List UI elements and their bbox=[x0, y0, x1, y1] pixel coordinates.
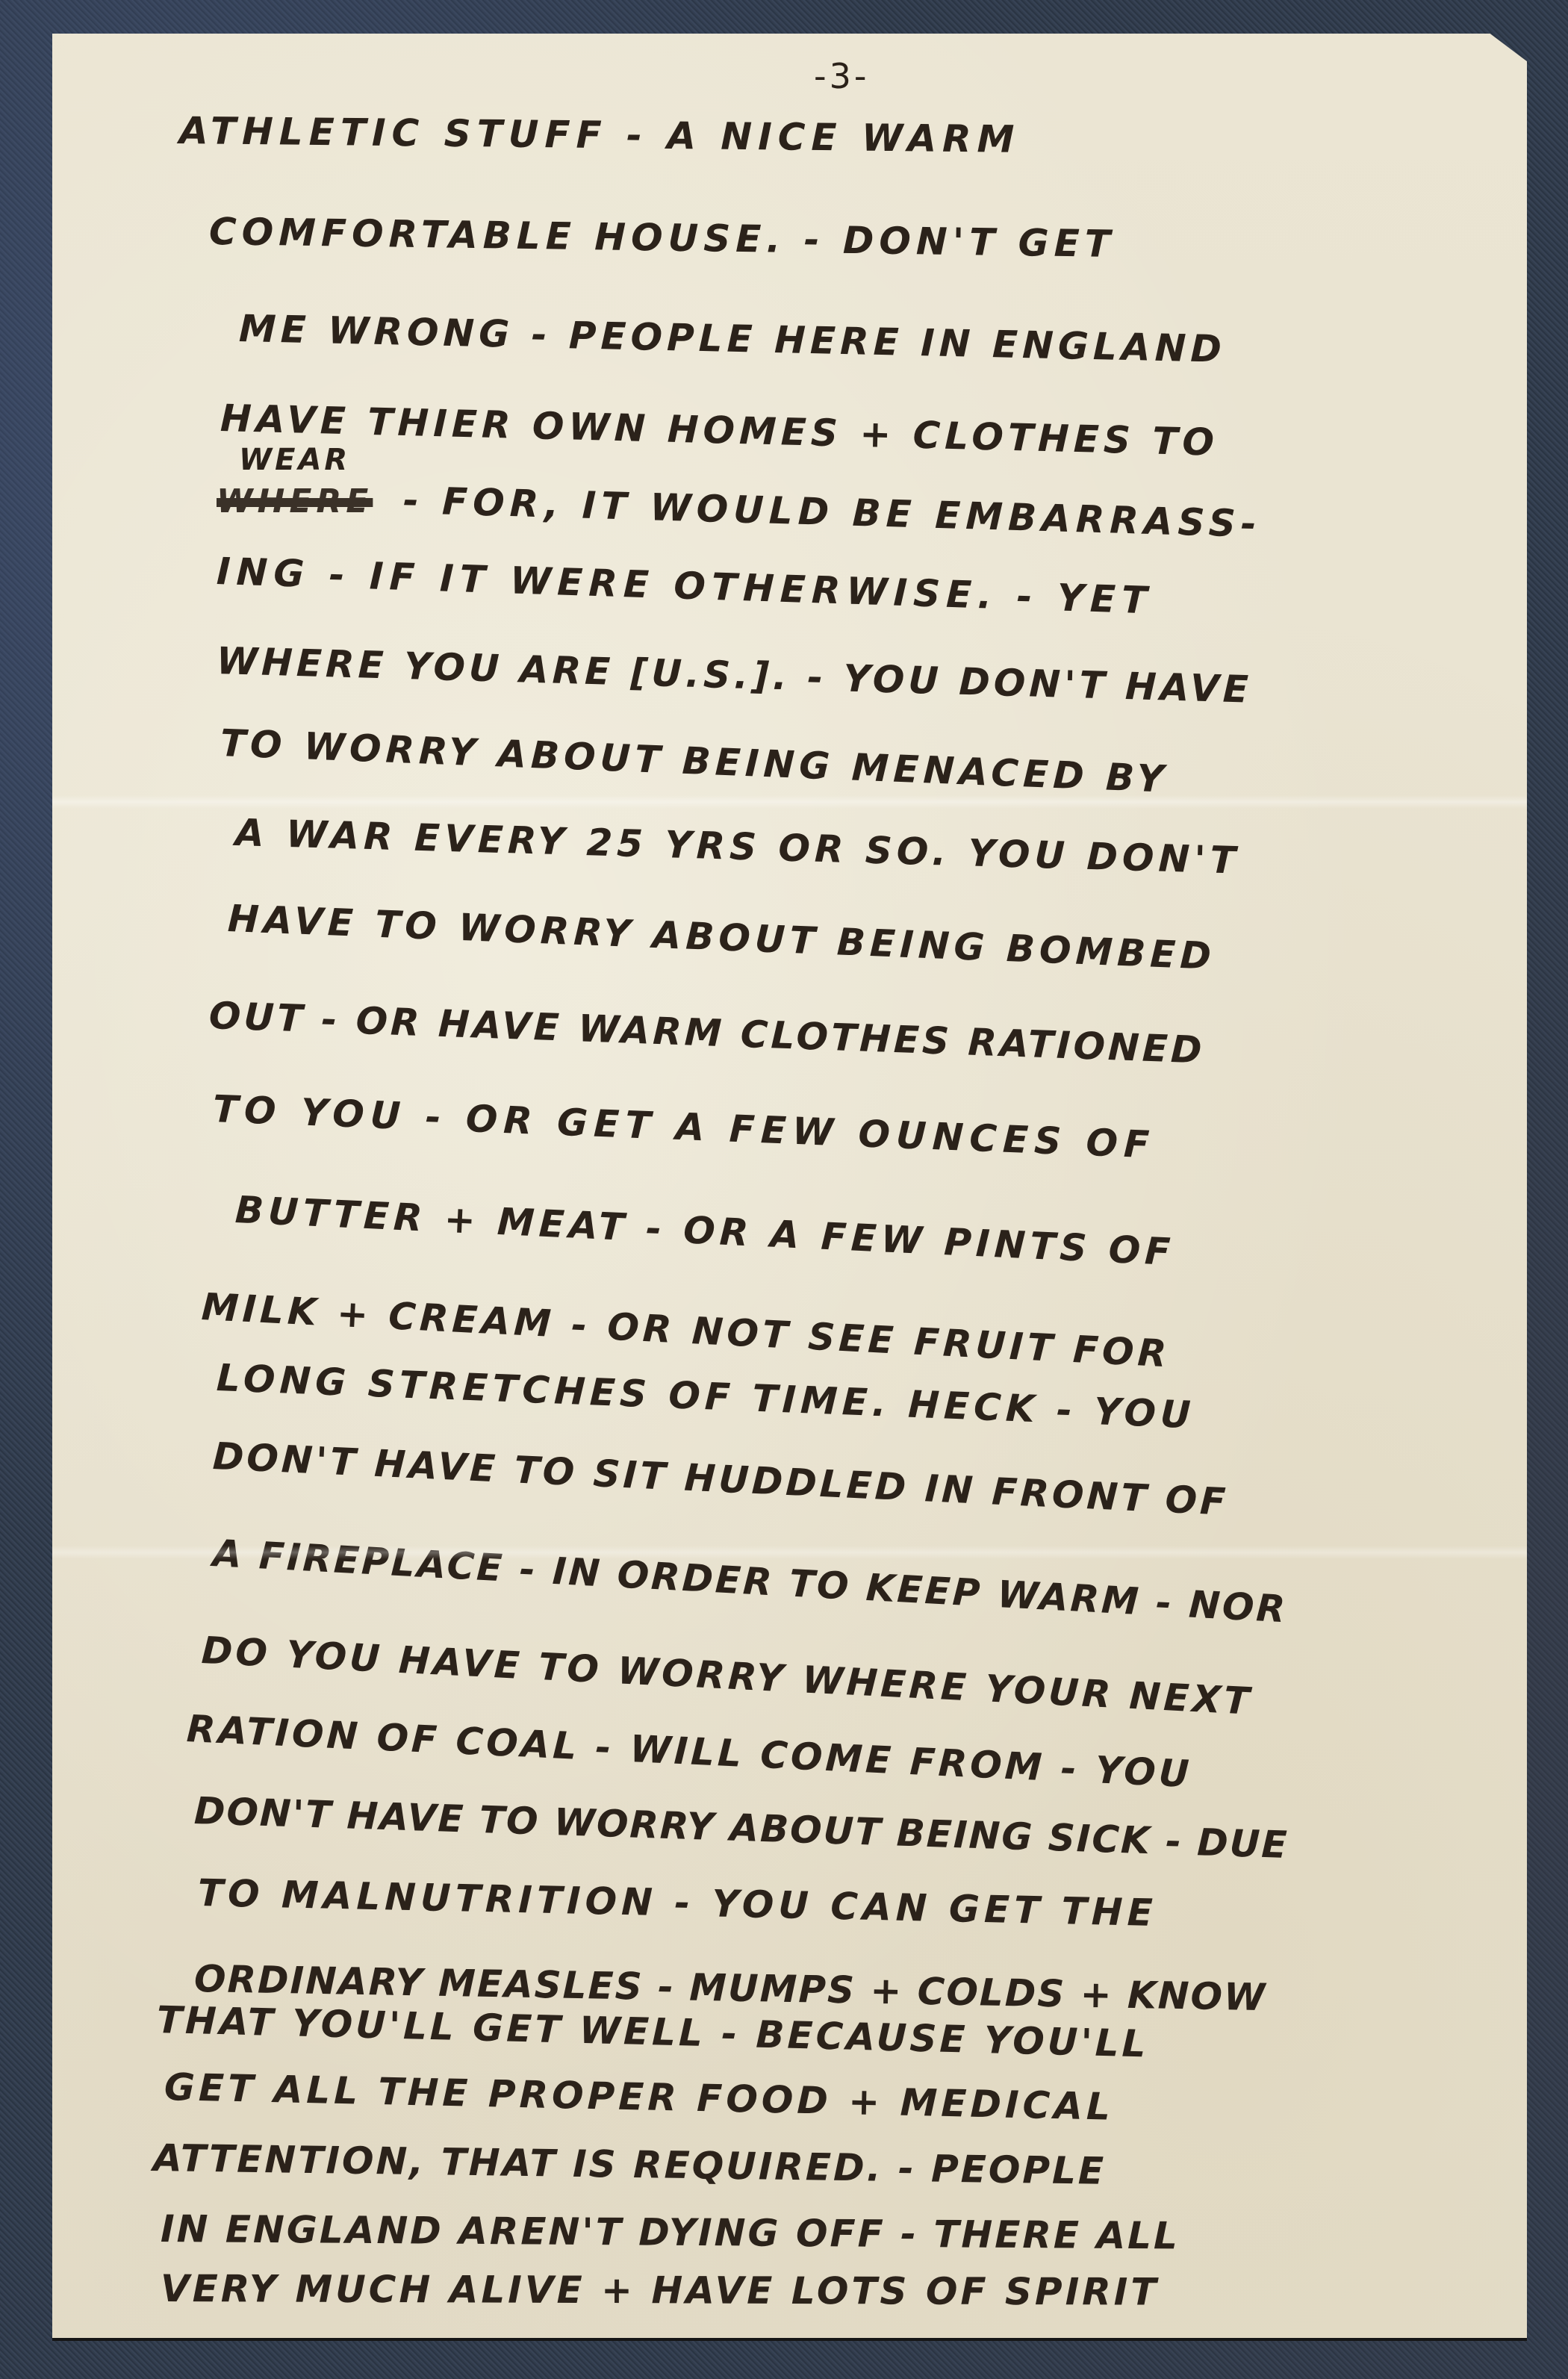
text-line: ATHLETIC STUFF - A NICE WARM bbox=[179, 112, 1021, 158]
struck-word: WHERE bbox=[217, 485, 373, 518]
inserted-word: WEAR bbox=[239, 443, 350, 477]
text-line: A FIREPLACE - IN ORDER TO KEEP WARM - NO… bbox=[212, 1534, 1289, 1628]
text-line: IN ENGLAND AREN'T DYING OFF - THERE ALL bbox=[161, 2210, 1180, 2255]
text-line: HAVE TO WORRY ABOUT BEING BOMBED bbox=[227, 900, 1216, 975]
text-line: ATTENTION, THAT IS REQUIRED. - PEOPLE bbox=[153, 2139, 1107, 2190]
text-line: A WAR EVERY 25 YRS OR SO. YOU DON'T bbox=[234, 814, 1240, 880]
text-line: TO MALNUTRITION - YOU CAN GET THE bbox=[197, 1874, 1157, 1932]
text-line: COMFORTABLE HOUSE. - DON'T GET bbox=[209, 213, 1116, 263]
text-line: DON'T HAVE TO SIT HUDDLED IN FRONT OF bbox=[212, 1437, 1230, 1521]
text-line: VERY MUCH ALIVE + HAVE LOTS OF SPIRIT bbox=[161, 2270, 1160, 2311]
letter-page: -3- ATHLETIC STUFF - A NICE WARM COMFORT… bbox=[52, 34, 1527, 2341]
text-line: GET ALL THE PROPER FOOD + MEDICAL bbox=[164, 2068, 1114, 2126]
page-number: -3- bbox=[814, 56, 869, 96]
text-line: ME WRONG - PEOPLE HERE IN ENGLAND bbox=[238, 310, 1226, 368]
text-line: OUT - OR HAVE WARM CLOTHES RATIONED bbox=[208, 997, 1205, 1069]
text-line: - FOR, IT WOULD BE EMBARRASS- bbox=[402, 482, 1262, 543]
text-line: DO YOU HAVE TO WORRY WHERE YOUR NEXT bbox=[201, 1632, 1254, 1720]
text-line: LONG STRETCHES OF TIME. HECK - YOU bbox=[216, 1359, 1195, 1434]
text-line: DON'T HAVE TO WORRY ABOUT BEING SICK - D… bbox=[193, 1792, 1289, 1864]
text-line: WHERE YOU ARE [U.S.]. - YOU DON'T HAVE bbox=[216, 642, 1252, 709]
text-line: RATION OF COAL - WILL COME FROM - YOU bbox=[186, 1710, 1193, 1793]
text-line: TO YOU - OR GET A FEW OUNCES OF bbox=[212, 1090, 1156, 1163]
text-line: MILK + CREAM - OR NOT SEE FRUIT FOR bbox=[201, 1288, 1171, 1372]
text-line: ING - IF IT WERE OTHERWISE. - YET bbox=[216, 553, 1154, 619]
text-line: TO WORRY ABOUT BEING MENACED BY bbox=[220, 724, 1169, 798]
text-line: HAVE THIER OWN HOMES + CLOTHES TO bbox=[220, 399, 1219, 461]
text-line: BUTTER + MEAT - OR A FEW PINTS OF bbox=[234, 1191, 1176, 1271]
